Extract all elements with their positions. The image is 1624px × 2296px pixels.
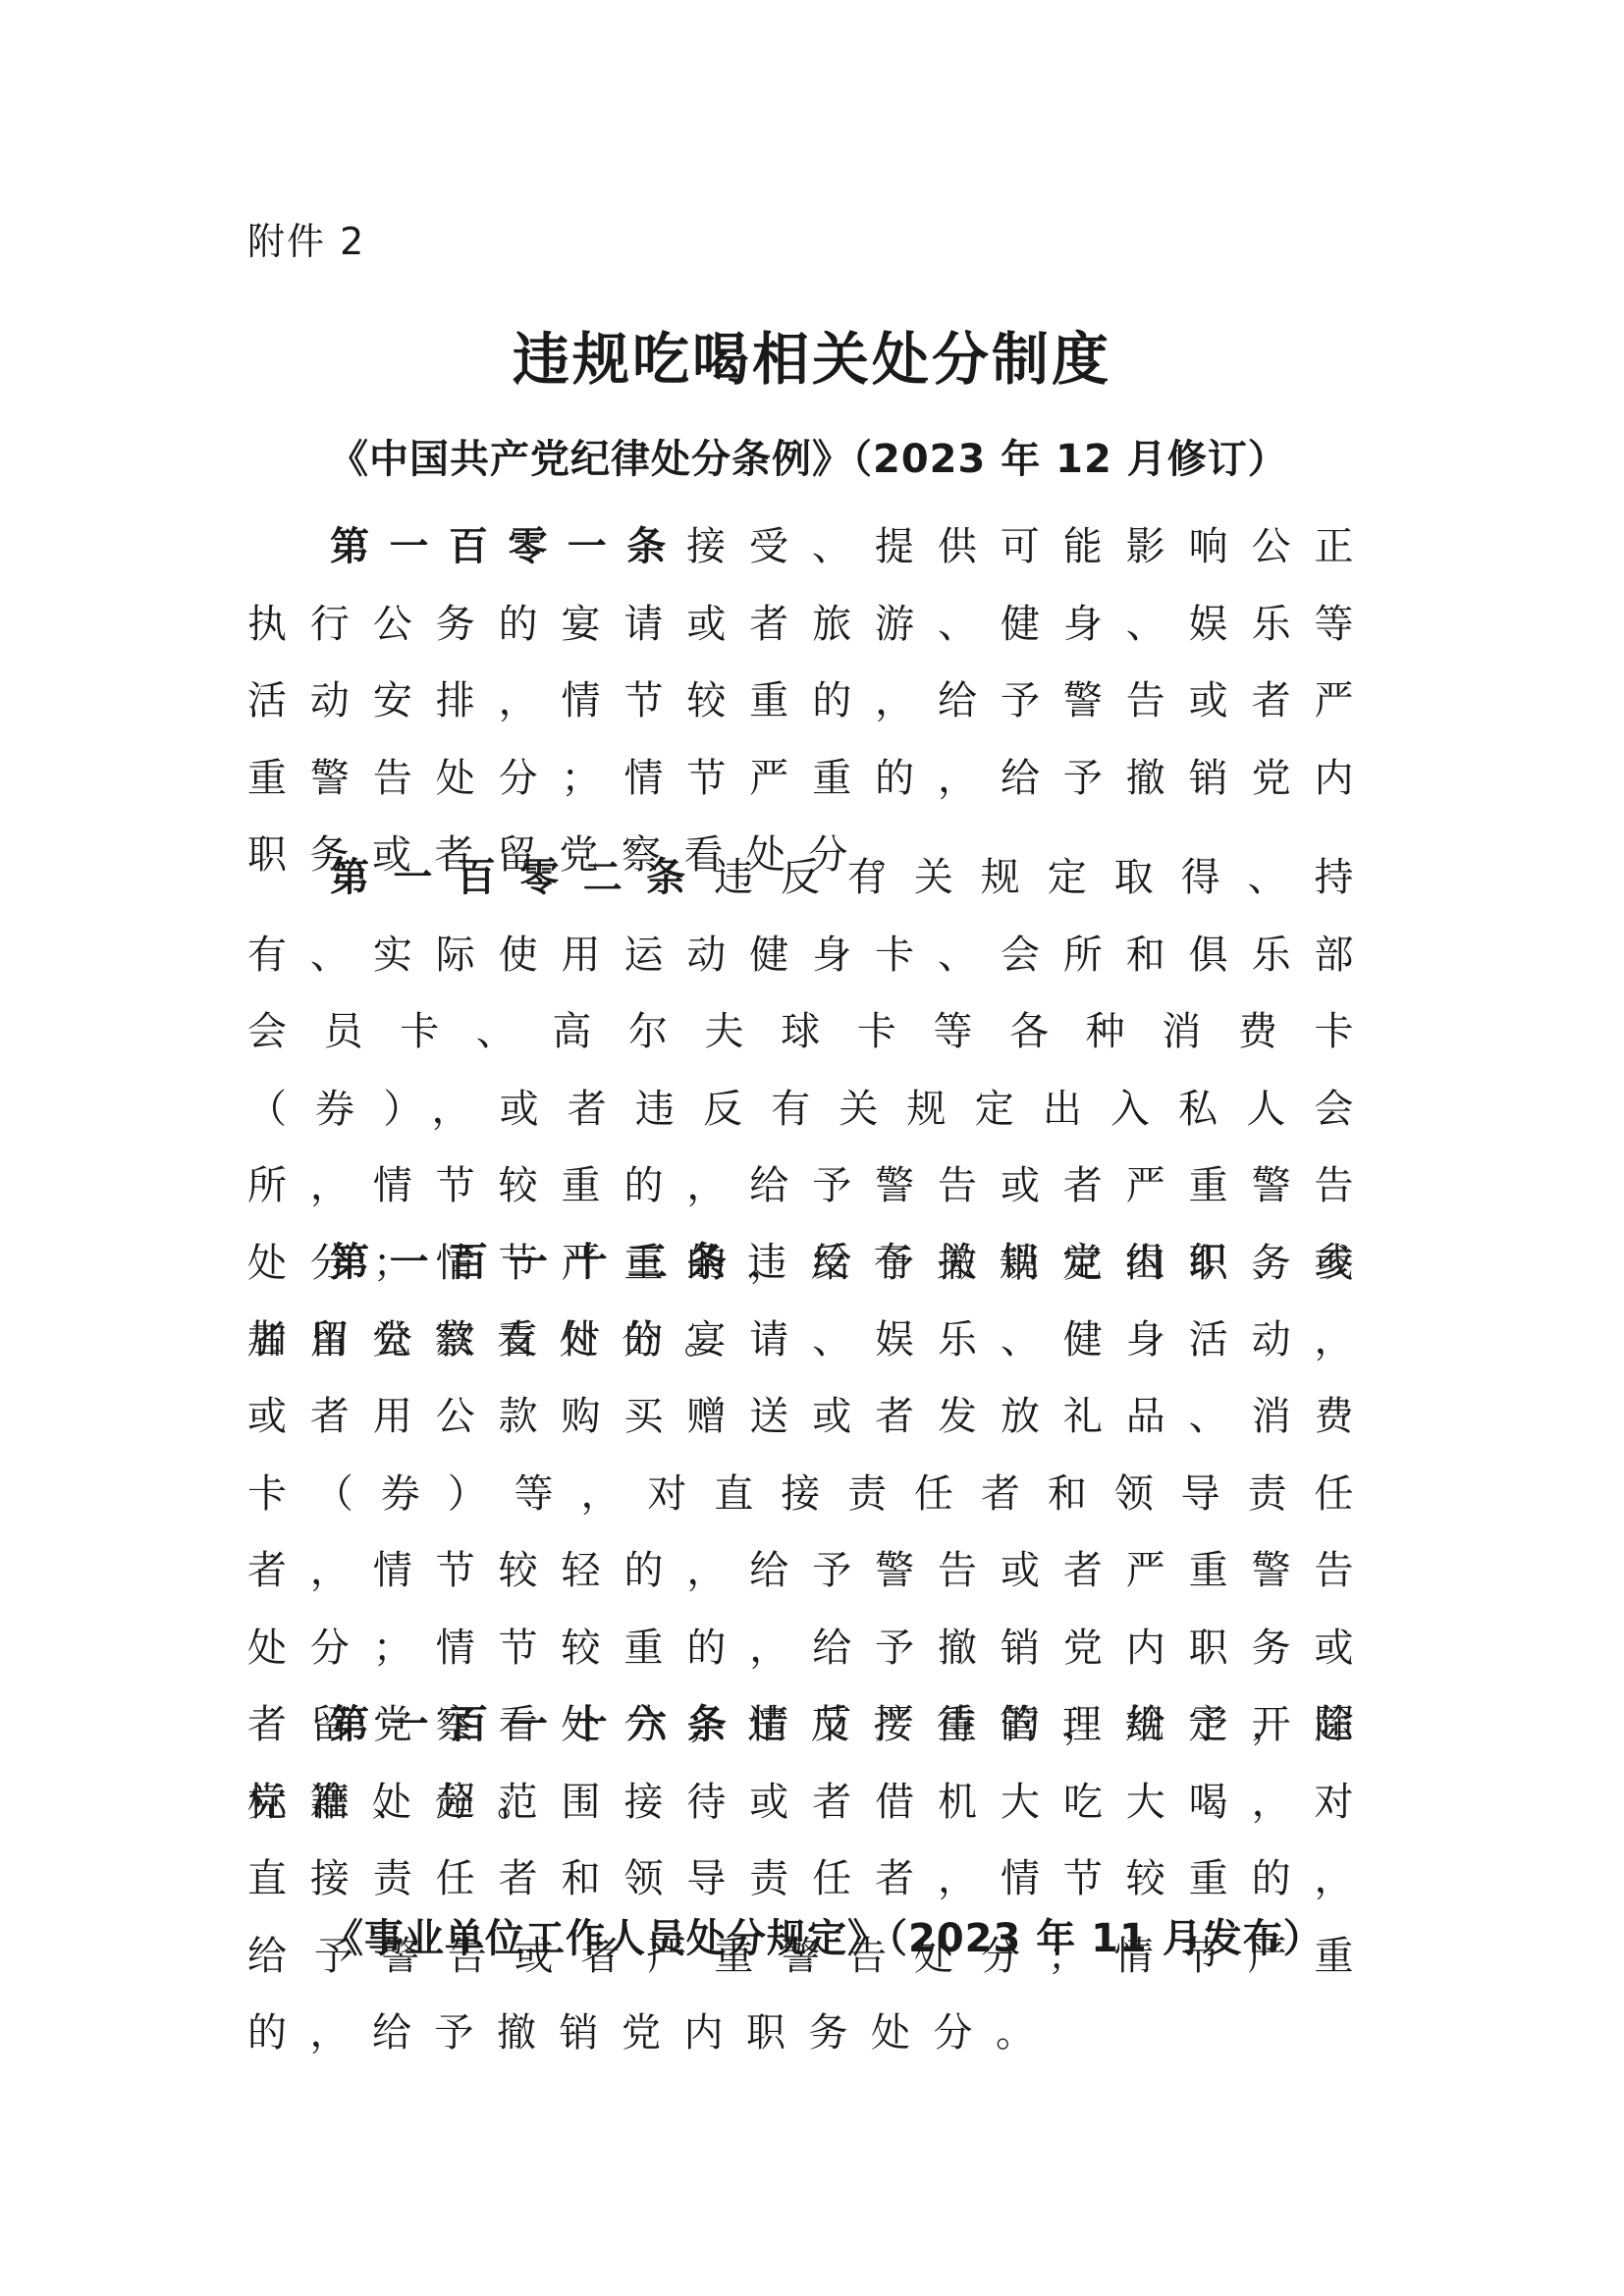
article-number: 第一百一十三条 xyxy=(330,1240,747,1285)
article-text: 违反接待管理规定，超标准、超范围接待或者借机大吃大喝，对直接责任者和领导责任者，… xyxy=(247,1702,1377,2056)
article-text: 接受、提供可能影响公正执行公务的宴请或者旅游、健身、娱乐等活动安排，情节较重的，… xyxy=(247,524,1377,878)
regulation-source-heading: 《事业单位工作人员处分规定》（2023 年 11 月发布） xyxy=(324,1914,1324,1963)
article-paragraph: 第一百一十六条违反接待管理规定，超标准、超范围接待或者借机大吃大喝，对直接责任者… xyxy=(247,1686,1377,2072)
article-number: 第一百零二条 xyxy=(330,855,710,900)
article-paragraph: 第一百零一条接受、提供可能影响公正执行公务的宴请或者旅游、健身、娱乐等活动安排，… xyxy=(247,508,1377,894)
attachment-label: 附件 2 xyxy=(247,218,365,265)
article-number: 第一百零一条 xyxy=(330,524,686,569)
document-page: 附件 2 违规吃喝相关处分制度 《中国共产党纪律处分条例》（2023 年 12 … xyxy=(0,0,1624,2296)
regulation-source-heading: 《中国共产党纪律处分条例》（2023 年 12 月修订） xyxy=(329,435,1288,484)
article-number: 第一百一十六条 xyxy=(330,1702,747,1747)
document-title: 违规吃喝相关处分制度 xyxy=(0,324,1624,395)
